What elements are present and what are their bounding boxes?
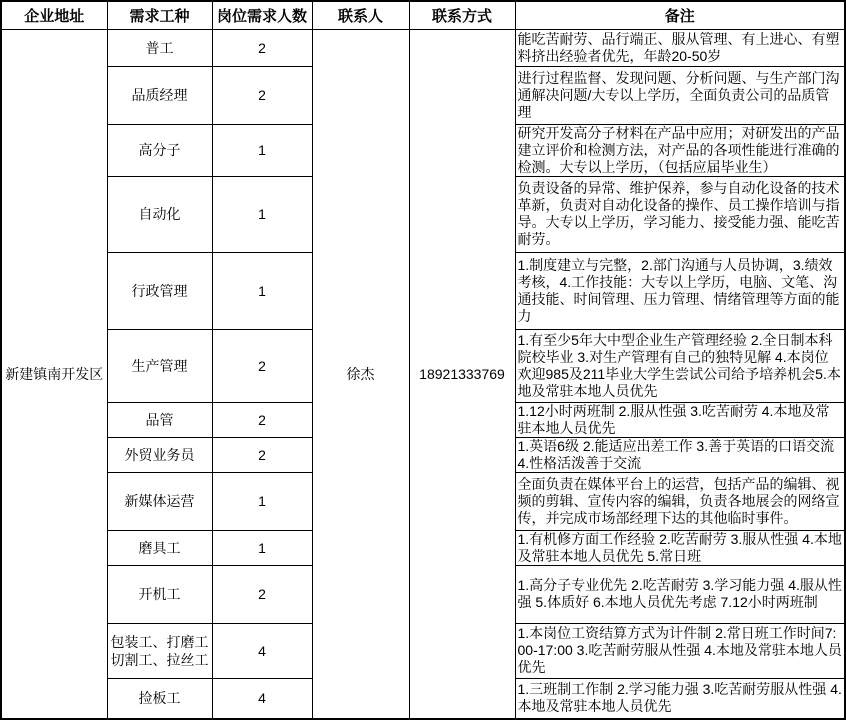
job-type-cell: 自动化 [107,176,212,252]
header-contact-name: 联系人 [312,1,409,29]
headcount-cell: 2 [212,329,312,402]
remark-cell: 1.有至少5年大中型企业生产管理经验 2.全日制本科院校毕业 3.对生产管理有自… [515,329,845,402]
company-address-cell: 新建镇南开发区 [1,29,107,719]
remark-cell: 1.英语6级 2.能适应出差工作 3.善于英语的口语交流 4.性格活泼善于交流 [515,437,845,472]
remark-cell: 1.制度建立与完整，2.部门沟通与人员协调，3.绩效考核，4.工作技能：大专以上… [515,252,845,329]
job-type-cell: 行政管理 [107,252,212,329]
job-recruitment-table: 企业地址 需求工种 岗位需求人数 联系人 联系方式 备注 新建镇南开发区普工2徐… [0,0,846,720]
headcount-cell: 2 [212,565,312,623]
job-type-cell: 包装工、打磨工切割工、拉丝工 [107,623,212,678]
headcount-cell: 4 [212,678,312,719]
job-type-cell: 生产管理 [107,329,212,402]
headcount-cell: 2 [212,402,312,437]
headcount-cell: 1 [212,252,312,329]
remark-cell: 能吃苦耐劳、品行端正、服从管理、有上进心、有塑料挤出经验者优先，年龄20-50岁 [515,29,845,66]
header-job-type: 需求工种 [107,1,212,29]
job-type-cell: 高分子 [107,124,212,176]
remark-cell: 1.有机修方面工作经验 2.吃苦耐劳 3.服从性强 4.本地及常驻本地人员优先 … [515,530,845,565]
job-type-cell: 磨具工 [107,530,212,565]
remark-cell: 1.本岗位工资结算方式为计件制 2.常日班工作时间7:00-17:00 3.吃苦… [515,623,845,678]
job-type-cell: 普工 [107,29,212,66]
table-row: 新建镇南开发区普工2徐杰18921333769能吃苦耐劳、品行端正、服从管理、有… [1,29,845,66]
job-type-cell: 外贸业务员 [107,437,212,472]
header-contact-phone: 联系方式 [409,1,515,29]
job-type-cell: 捡板工 [107,678,212,719]
headcount-cell: 2 [212,29,312,66]
headcount-cell: 1 [212,124,312,176]
header-company-address: 企业地址 [1,1,107,29]
job-type-cell: 开机工 [107,565,212,623]
headcount-cell: 4 [212,623,312,678]
remark-cell: 负责设备的异常、维护保养，参与自动化设备的技术革新，负责对自动化设备的操作、员工… [515,176,845,252]
header-remarks: 备注 [515,1,845,29]
table-header: 企业地址 需求工种 岗位需求人数 联系人 联系方式 备注 [1,1,845,29]
table-body: 新建镇南开发区普工2徐杰18921333769能吃苦耐劳、品行端正、服从管理、有… [1,29,845,719]
contact-name-cell: 徐杰 [312,29,409,719]
headcount-cell: 1 [212,472,312,530]
job-type-cell: 品质经理 [107,66,212,124]
job-type-cell: 新媒体运营 [107,472,212,530]
headcount-cell: 2 [212,437,312,472]
job-type-cell: 品管 [107,402,212,437]
contact-phone-cell: 18921333769 [409,29,515,719]
remark-cell: 研究开发高分子材料在产品中应用；对研发出的产品建立评价和检测方法，对产品的各项性… [515,124,845,176]
remark-cell: 1.12小时两班制 2.服从性强 3.吃苦耐劳 4.本地及常驻本地人员优先 [515,402,845,437]
headcount-cell: 1 [212,176,312,252]
remark-cell: 全面负责在媒体平台上的运营，包括产品的编辑、视频的剪辑、宣传内容的编辑，负责各地… [515,472,845,530]
remark-cell: 进行过程监督、发现问题、分析问题、与生产部门沟通解决问题/大专以上学历，全面负责… [515,66,845,124]
headcount-cell: 2 [212,66,312,124]
recruitment-table-page: 企业地址 需求工种 岗位需求人数 联系人 联系方式 备注 新建镇南开发区普工2徐… [0,0,846,721]
headcount-cell: 1 [212,530,312,565]
remark-cell: 1.高分子专业优先 2.吃苦耐劳 3.学习能力强 4.服从性强 5.体质好 6.… [515,565,845,623]
header-row: 企业地址 需求工种 岗位需求人数 联系人 联系方式 备注 [1,1,845,29]
remark-cell: 1.三班制工作制 2.学习能力强 3.吃苦耐劳服从性强 4.本地及常驻本地人员优… [515,678,845,719]
header-headcount: 岗位需求人数 [212,1,312,29]
